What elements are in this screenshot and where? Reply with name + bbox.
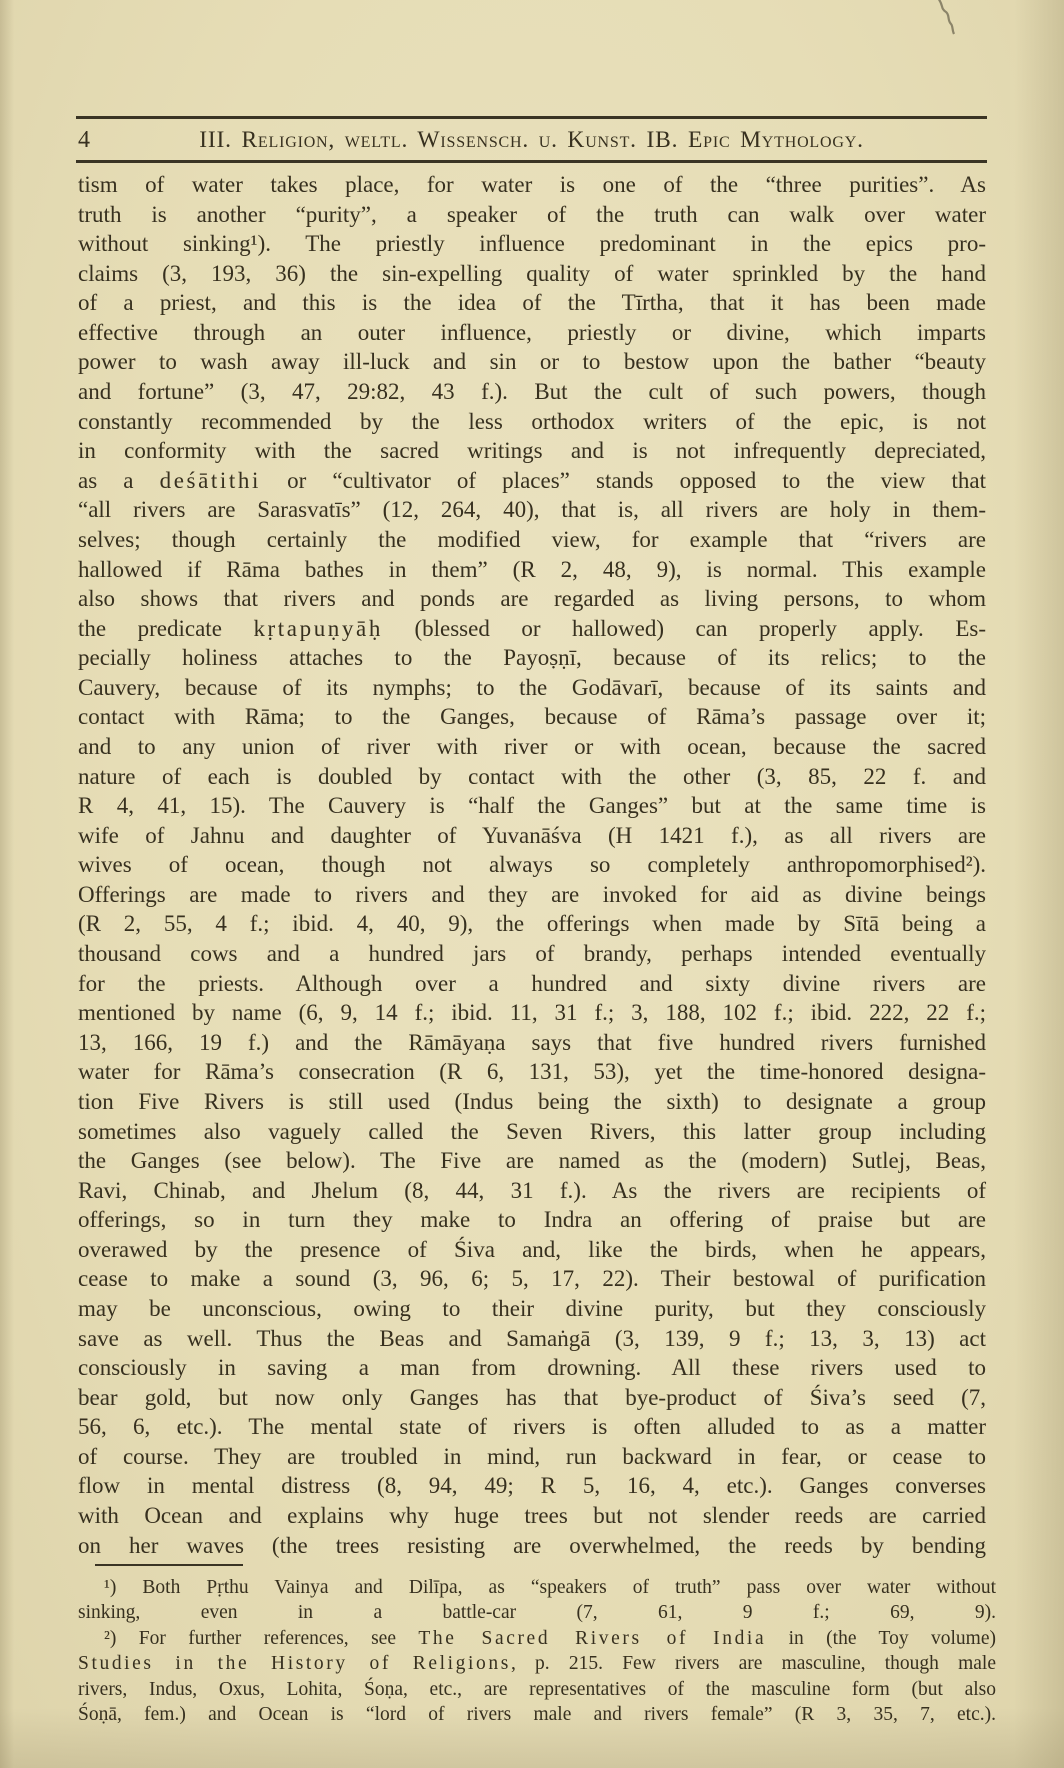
body-line: tion Five Rivers is still used (Indus be… bbox=[78, 1087, 986, 1117]
body-line: sometimes also vaguely called the Seven … bbox=[78, 1117, 986, 1147]
footnote-line: sinking, even in a battle-car (7, 61, 9 … bbox=[78, 1600, 996, 1625]
body-line: water for Rāma’s consecration (R 6, 131,… bbox=[78, 1057, 986, 1087]
footnotes: ¹) Both Pṛthu Vainya and Dilīpa, as “spe… bbox=[78, 1575, 996, 1727]
body-line: tism of water takes place, for water is … bbox=[78, 170, 986, 200]
body-line: bear gold, but now only Ganges has that … bbox=[78, 1383, 986, 1413]
footnote-line: ¹) Both Pṛthu Vainya and Dilīpa, as “spe… bbox=[78, 1575, 996, 1600]
body-line: “all rivers are Sarasvatīs” (12, 264, 40… bbox=[78, 495, 986, 525]
body-line: power to wash away ill-luck and sin or t… bbox=[78, 347, 986, 377]
body-line: 13, 166, 19 f.) and the Rāmāyaṇa says th… bbox=[78, 1028, 986, 1058]
body-line: of a priest, and this is the idea of the… bbox=[78, 288, 986, 318]
page-header: 4 III. Religion, weltl. Wissensch. u. Ku… bbox=[76, 123, 987, 157]
body-line: wife of Jahnu and daughter of Yuvanāśva … bbox=[78, 821, 986, 851]
body-line: overawed by the presence of Śiva and, li… bbox=[78, 1235, 986, 1265]
body-line: 56, 6, etc.). The mental state of rivers… bbox=[78, 1412, 986, 1442]
body-line: nature of each is doubled by contact wit… bbox=[78, 762, 986, 792]
body-line: consciously in saving a man from drownin… bbox=[78, 1353, 986, 1383]
body-line: mentioned by name (6, 9, 14 f.; ibid. 11… bbox=[78, 998, 986, 1028]
footnote-line: rivers, Indus, Oxus, Lohita, Śoṇa, etc.,… bbox=[78, 1677, 996, 1702]
footnote-separator-rule bbox=[95, 1564, 243, 1566]
body-line: also shows that rivers and ponds are reg… bbox=[78, 584, 986, 614]
footnote-line: Śoṇā, fem.) and Ocean is “lord of rivers… bbox=[78, 1702, 996, 1727]
body-line: save as well. Thus the Beas and Samaṅgā … bbox=[78, 1324, 986, 1354]
body-line: on her waves (the trees resisting are ov… bbox=[78, 1531, 986, 1561]
running-header-title: III. Religion, weltl. Wissensch. u. Kuns… bbox=[76, 123, 987, 157]
book-page: 4 III. Religion, weltl. Wissensch. u. Ku… bbox=[0, 0, 1064, 1768]
body-line: hallowed if Rāma bathes in them” (R 2, 4… bbox=[78, 555, 986, 585]
body-line: may be unconscious, owing to their divin… bbox=[78, 1294, 986, 1324]
body-line: Cauvery, because of its nymphs; to the G… bbox=[78, 673, 986, 703]
body-line: and fortune” (3, 47, 29:82, 43 f.). But … bbox=[78, 377, 986, 407]
body-line: Offerings are made to rivers and they ar… bbox=[78, 880, 986, 910]
body-line: thousand cows and a hundred jars of bran… bbox=[78, 939, 986, 969]
body-line: wives of ocean, though not always so com… bbox=[78, 850, 986, 880]
body-line: and to any union of river with river or … bbox=[78, 732, 986, 762]
body-line: flow in mental distress (8, 94, 49; R 5,… bbox=[78, 1471, 986, 1501]
body-line: without sinking¹). The priestly influenc… bbox=[78, 229, 986, 259]
body-line: for the priests. Although over a hundred… bbox=[78, 969, 986, 999]
body-line: (R 2, 55, 4 f.; ibid. 4, 40, 9), the off… bbox=[78, 909, 986, 939]
body-line: offerings, so in turn they make to Indra… bbox=[78, 1205, 986, 1235]
body-line: contact with Rāma; to the Ganges, becaus… bbox=[78, 702, 986, 732]
body-line: the predicate kṛtapuṇyāḥ (blessed or hal… bbox=[78, 614, 986, 644]
body-line: of course. They are troubled in mind, ru… bbox=[78, 1442, 986, 1472]
body-line: in conformity with the sacred writings a… bbox=[78, 436, 986, 466]
body-text: tism of water takes place, for water is … bbox=[78, 170, 986, 1560]
body-line: selves; though certainly the modified vi… bbox=[78, 525, 986, 555]
body-line: pecially holiness attaches to the Payoṣṇ… bbox=[78, 643, 986, 673]
body-line: effective through an outer influence, pr… bbox=[78, 318, 986, 348]
body-line: the Ganges (see below). The Five are nam… bbox=[78, 1146, 986, 1176]
header-rule-top bbox=[76, 116, 987, 119]
body-line: R 4, 41, 15). The Cauvery is “half the G… bbox=[78, 791, 986, 821]
scan-artifact-mark bbox=[920, 0, 980, 48]
page-number: 4 bbox=[78, 123, 90, 157]
body-line: claims (3, 193, 36) the sin-expelling qu… bbox=[78, 259, 986, 289]
body-line: as a deśātithi or “cultivator of places”… bbox=[78, 466, 986, 496]
header-rule-bottom bbox=[76, 160, 987, 163]
footnote-line: ²) For further references, see The Sacre… bbox=[78, 1626, 996, 1651]
body-line: truth is another “purity”, a speaker of … bbox=[78, 200, 986, 230]
body-line: cease to make a sound (3, 96, 6; 5, 17, … bbox=[78, 1264, 986, 1294]
body-line: Ravi, Chinab, and Jhelum (8, 44, 31 f.).… bbox=[78, 1176, 986, 1206]
body-line: constantly recommended by the less ortho… bbox=[78, 407, 986, 437]
body-line: with Ocean and explains why huge trees b… bbox=[78, 1501, 986, 1531]
footnote-line: Studies in the History of Religions, p. … bbox=[78, 1651, 996, 1676]
